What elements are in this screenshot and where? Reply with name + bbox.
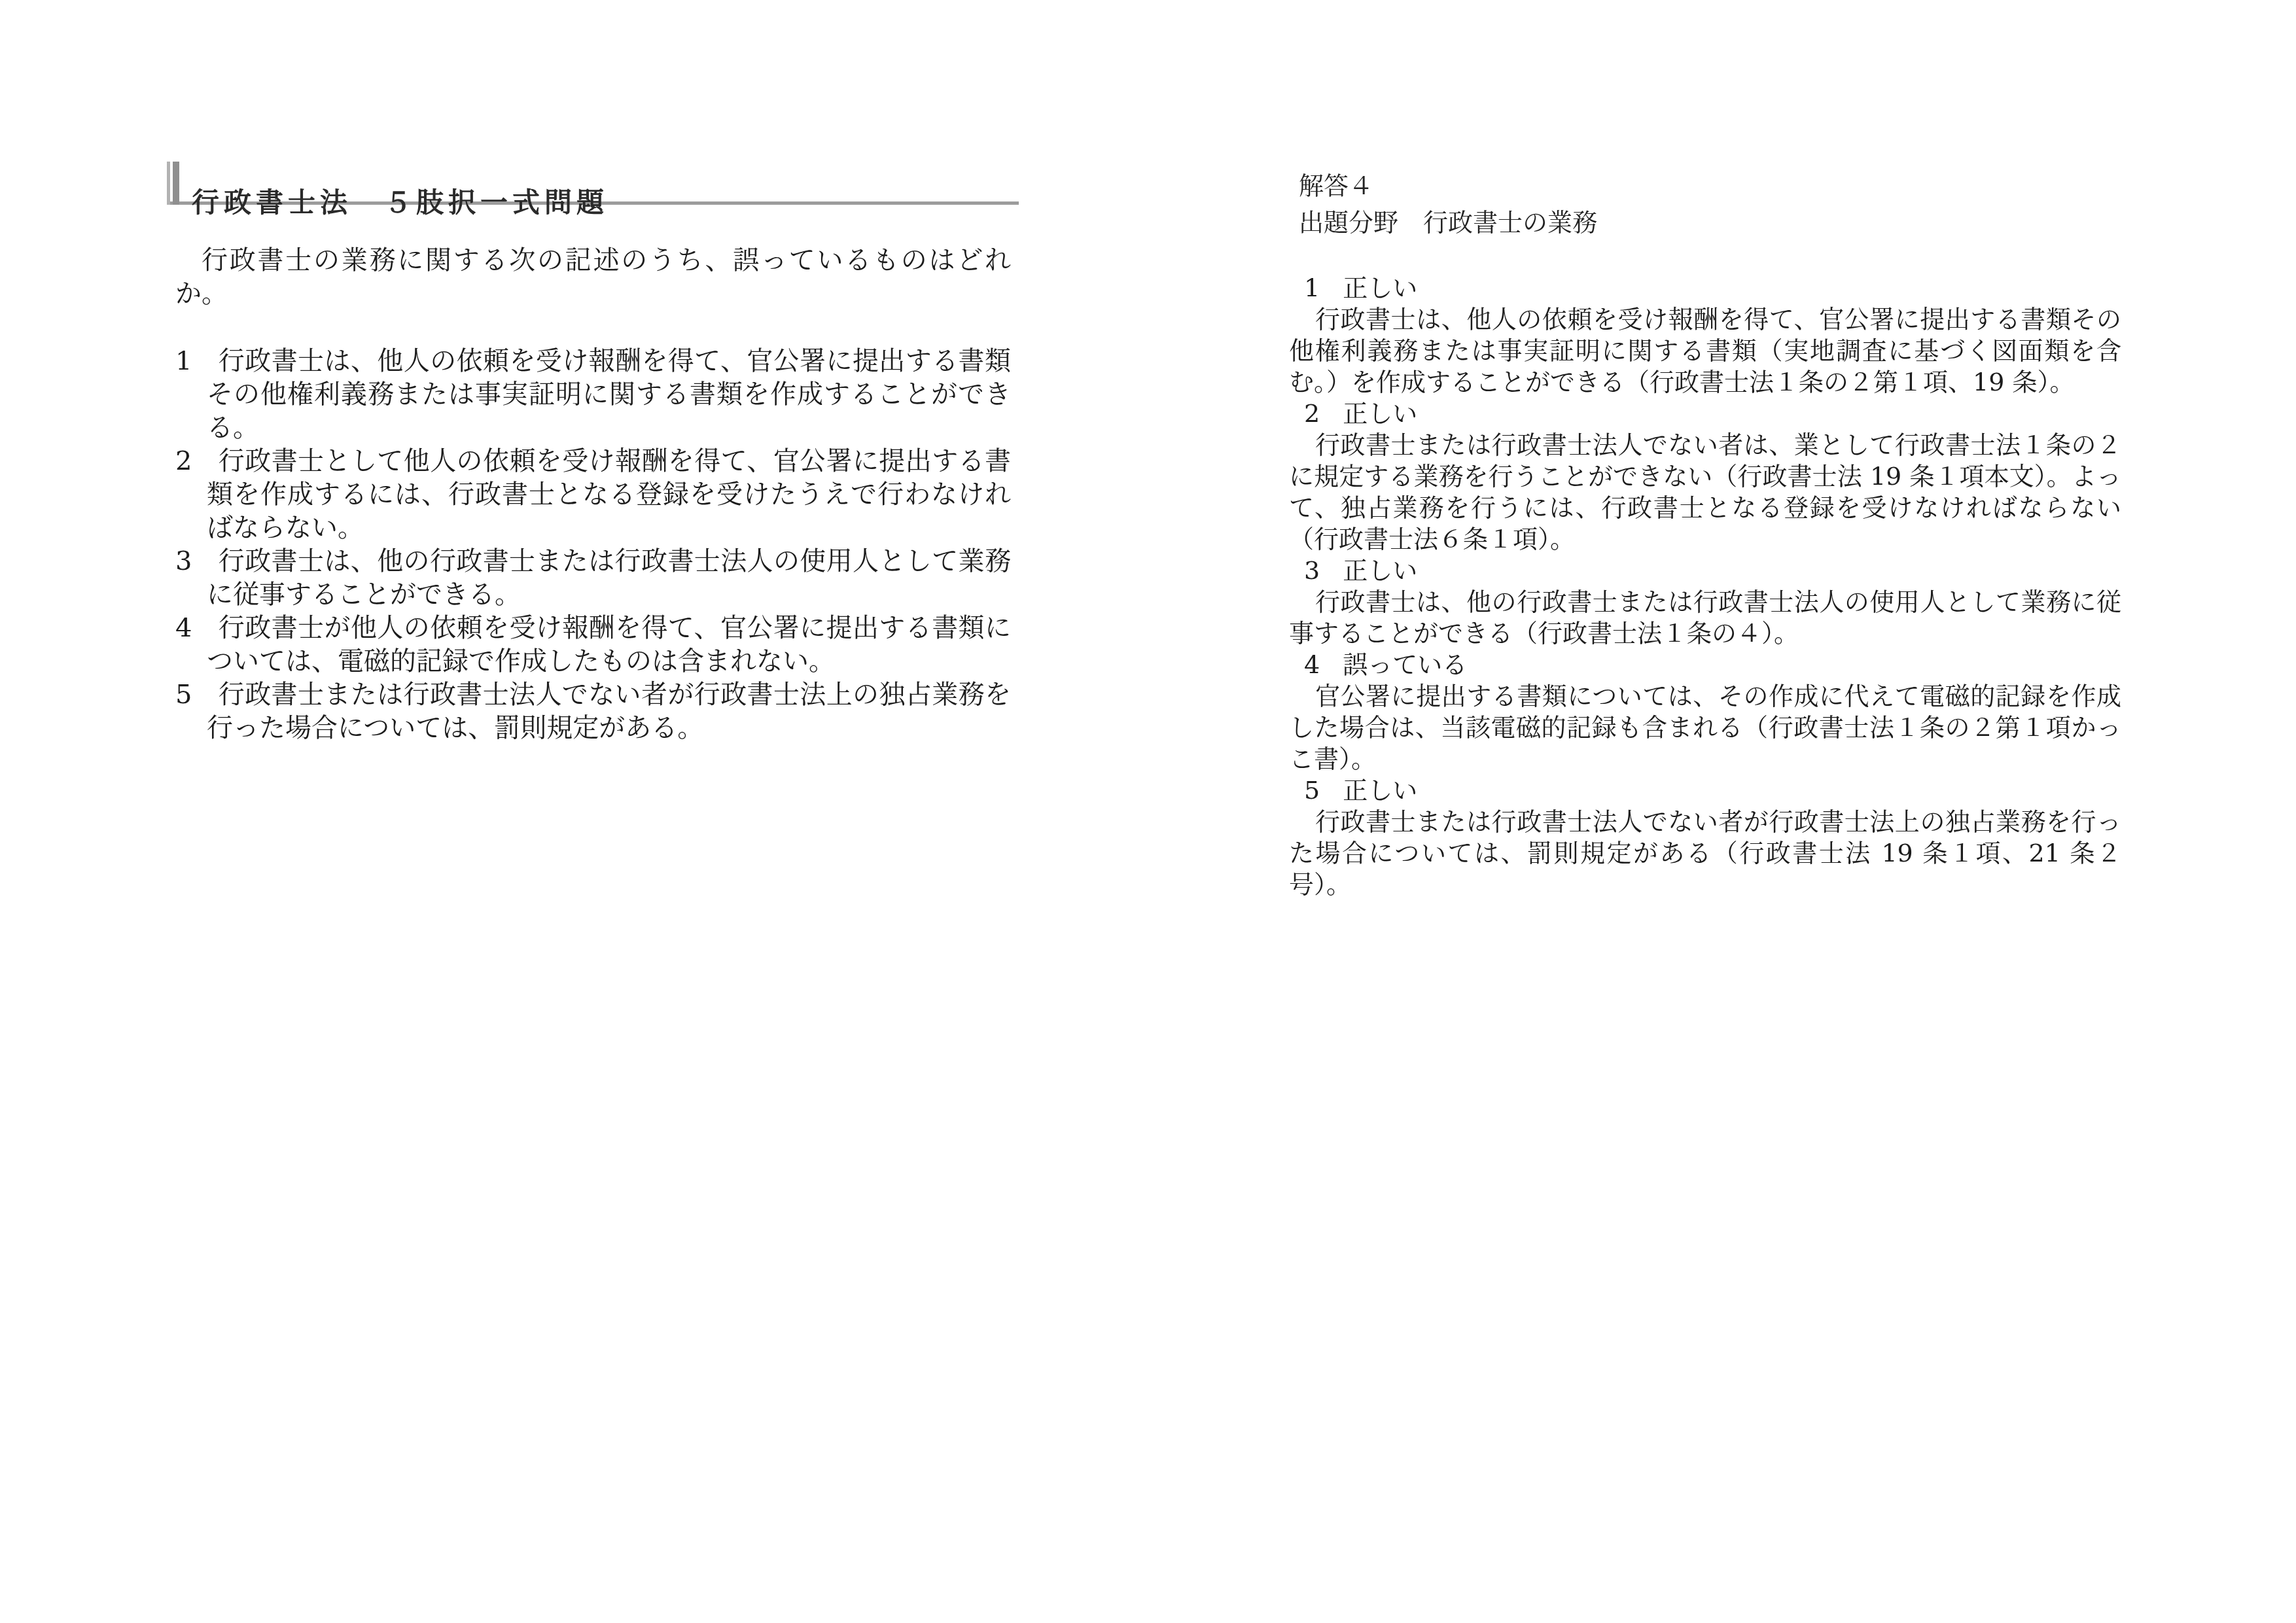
question-page: 行政書士法 ５肢択一式問題 行政書士の業務に関する次の記述のうち、誤っているもの…: [167, 160, 1019, 745]
answer-verdict-line: 4誤っている: [1304, 649, 2121, 680]
answer-explanation: 行政書士または行政書士法人でない者は、業として行政書士法１条の２に規定する業務を…: [1289, 429, 2121, 555]
answer-verdict-line: 5正しい: [1304, 775, 2121, 806]
question-intro: 行政書士の業務に関する次の記述のうち、誤っているものはどれか。: [175, 244, 1011, 311]
answer-verdict: 正しい: [1343, 273, 1417, 302]
choice-item: 4行政書士が他人の依頼を受け報酬を得て、官公署に提出する書類については、電磁的記…: [175, 612, 1011, 678]
answer-explanation: 行政書士は、他の行政書士または行政書士法人の使用人として業務に従事することができ…: [1289, 586, 2121, 649]
choice-list: 1行政書士は、他人の依頼を受け報酬を得て、官公署に提出する書類その他権利義務また…: [175, 345, 1011, 745]
answer-number: 1: [1304, 273, 1320, 302]
choice-number: 5: [175, 680, 192, 710]
answer-category-label: 出題分野 行政書士の業務: [1299, 204, 2121, 241]
choice-item: 1行政書士は、他人の依頼を受け報酬を得て、官公署に提出する書類その他権利義務また…: [175, 345, 1011, 445]
answer-number: 2: [1304, 399, 1320, 428]
answer-verdict: 正しい: [1343, 399, 1417, 428]
answer-item: 1正しい 行政書士は、他人の依頼を受け報酬を得て、官公署に提出する書類その他権利…: [1289, 272, 2121, 398]
answer-explanation: 官公署に提出する書類については、その作成に代えて電磁的記録を作成した場合は、当該…: [1289, 680, 2121, 775]
choice-text: 行政書士は、他人の依頼を受け報酬を得て、官公署に提出する書類その他権利義務または…: [207, 346, 1011, 443]
choice-item: 3行政書士は、他の行政書士または行政書士法人の使用人として業務に従事することがで…: [175, 545, 1011, 612]
answer-item: 5正しい 行政書士または行政書士法人でない者が行政書士法上の独占業務を行った場合…: [1289, 775, 2121, 900]
choice-number: 3: [175, 546, 192, 576]
answer-item: 2正しい 行政書士または行政書士法人でない者は、業として行政書士法１条の２に規定…: [1289, 398, 2121, 555]
answer-number: 5: [1304, 776, 1320, 805]
answer-number: 3: [1304, 556, 1320, 585]
answer-verdict: 正しい: [1343, 776, 1417, 805]
title-accent-bar-thin: [167, 162, 170, 205]
choice-item: 2行政書士として他人の依頼を受け報酬を得て、官公署に提出する書類を作成するには、…: [175, 445, 1011, 545]
answer-verdict: 誤っている: [1343, 650, 1467, 679]
title-accent-bar-thick: [173, 162, 179, 205]
choice-number: 1: [175, 346, 192, 376]
page-title: 行政書士法 ５肢択一式問題: [192, 188, 609, 218]
answer-list: 1正しい 行政書士は、他人の依頼を受け報酬を得て、官公署に提出する書類その他権利…: [1289, 272, 2121, 900]
choice-text: 行政書士または行政書士法人でない者が行政書士法上の独占業務を行った場合については…: [207, 680, 1011, 743]
answer-verdict-line: 1正しい: [1304, 272, 2121, 304]
chapter-title-block: 行政書士法 ５肢択一式問題: [167, 160, 1019, 205]
choice-text: 行政書士は、他の行政書士または行政書士法人の使用人として業務に従事することができ…: [207, 546, 1011, 610]
answer-item: 4誤っている 官公署に提出する書類については、その作成に代えて電磁的記録を作成し…: [1289, 649, 2121, 775]
answer-page: 解答４ 出題分野 行政書士の業務 1正しい 行政書士は、他人の依頼を受け報酬を得…: [1289, 167, 2121, 900]
answer-number: 4: [1304, 650, 1320, 679]
choice-number: 2: [175, 446, 192, 476]
book-spread: 行政書士法 ５肢択一式問題 行政書士の業務に関する次の記述のうち、誤っているもの…: [0, 0, 2296, 1623]
answer-explanation: 行政書士は、他人の依頼を受け報酬を得て、官公署に提出する書類その他権利義務または…: [1289, 304, 2121, 398]
choice-item: 5行政書士または行政書士法人でない者が行政書士法上の独占業務を行った場合について…: [175, 678, 1011, 745]
answer-explanation: 行政書士または行政書士法人でない者が行政書士法上の独占業務を行った場合については…: [1289, 806, 2121, 900]
choice-text: 行政書士が他人の依頼を受け報酬を得て、官公署に提出する書類については、電磁的記録…: [207, 613, 1011, 676]
answer-number-label: 解答４: [1299, 167, 2121, 204]
choice-number: 4: [175, 613, 192, 643]
answer-verdict: 正しい: [1343, 556, 1417, 585]
answer-verdict-line: 2正しい: [1304, 398, 2121, 429]
answer-item: 3正しい 行政書士は、他の行政書士または行政書士法人の使用人として業務に従事する…: [1289, 555, 2121, 649]
answer-verdict-line: 3正しい: [1304, 555, 2121, 586]
choice-text: 行政書士として他人の依頼を受け報酬を得て、官公署に提出する書類を作成するには、行…: [207, 446, 1011, 543]
